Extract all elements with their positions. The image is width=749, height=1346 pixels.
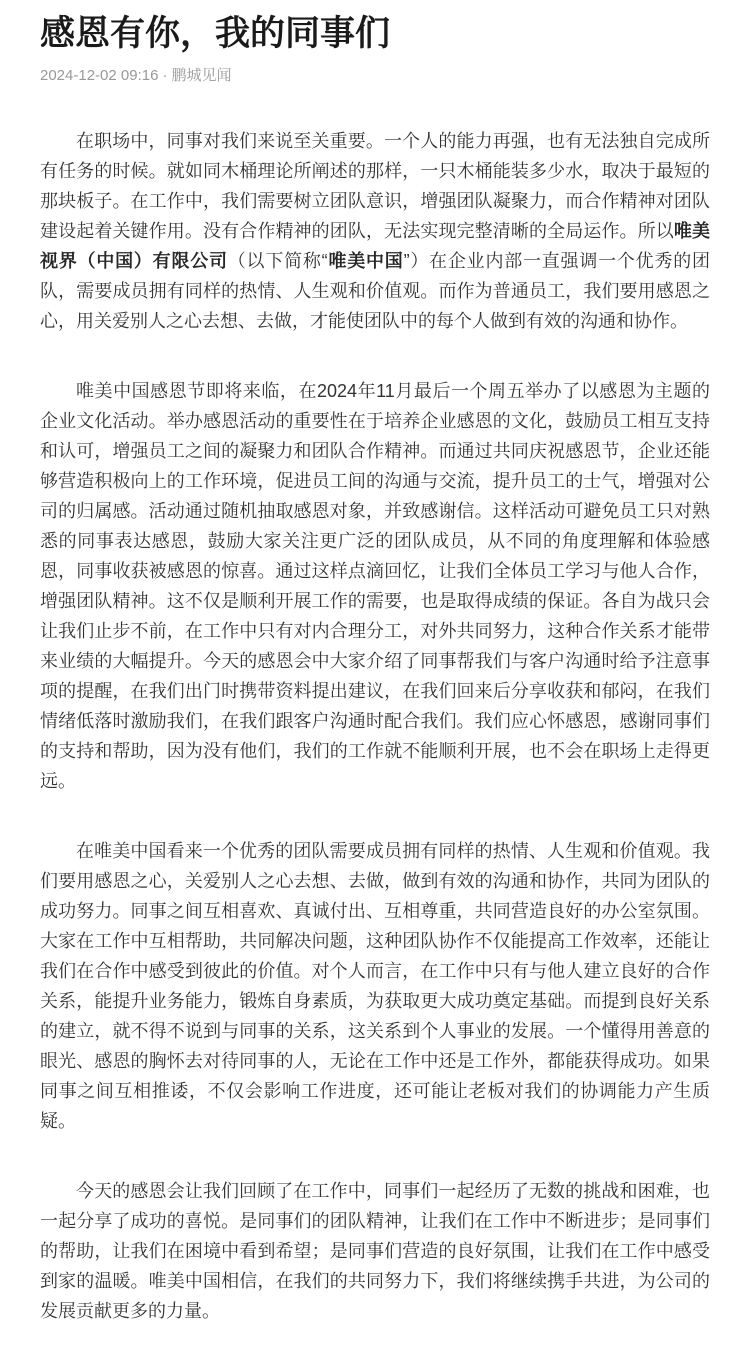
paragraph: 在唯美中国看来一个优秀的团队需要成员拥有同样的热情、人生观和价值观。我们要用感恩… xyxy=(40,836,710,1136)
paragraph: 在职场中，同事对我们来说至关重要。一个人的能力再强，也有无法独自完成所有任务的时… xyxy=(40,126,710,336)
text-run: 今天的感恩会让我们回顾了在工作中，同事们一起经历了无数的挑战和困难，也一起分享了… xyxy=(40,1181,710,1321)
paragraph: 今天的感恩会让我们回顾了在工作中，同事们一起经历了无数的挑战和困难，也一起分享了… xyxy=(40,1176,710,1326)
article-datetime: 2024-12-02 09:16 xyxy=(40,67,158,84)
article-title: 感恩有你，我的同事们 xyxy=(40,10,710,57)
article-meta: 2024-12-02 09:16·鹏城见闻 xyxy=(40,66,710,86)
text-run: 在唯美中国看来一个优秀的团队需要成员拥有同样的热情、人生观和价值观。我们要用感恩… xyxy=(40,841,710,1131)
article-body: 在职场中，同事对我们来说至关重要。一个人的能力再强，也有无法独自完成所有任务的时… xyxy=(40,126,710,1326)
text-run: （以下简称“ xyxy=(228,251,328,271)
meta-separator-dot: · xyxy=(162,67,167,84)
article-page: 感恩有你，我的同事们 2024-12-02 09:16·鹏城见闻 在职场中，同事… xyxy=(0,10,749,1346)
text-run: 唯美中国感恩节即将来临，在2024年11月最后一个周五举办了以感恩为主题的企业文… xyxy=(40,381,710,791)
bold-text-run: 唯美中国 xyxy=(328,251,404,271)
paragraph: 唯美中国感恩节即将来临，在2024年11月最后一个周五举办了以感恩为主题的企业文… xyxy=(40,376,710,796)
article-source: 鹏城见闻 xyxy=(171,67,231,84)
text-run: 在职场中，同事对我们来说至关重要。一个人的能力再强，也有无法独自完成所有任务的时… xyxy=(40,131,710,241)
